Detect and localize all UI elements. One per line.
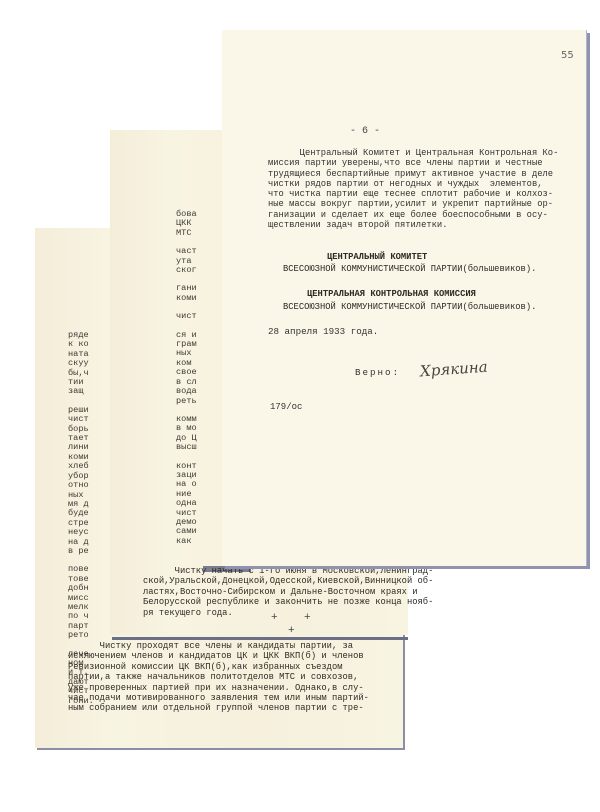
reference-number: 179/ос	[270, 402, 302, 412]
text-line: Ревизионной комиссии ЦК ВКП(б),как избра…	[68, 662, 369, 672]
paragraph-line: ные массы вокруг партии,усилит и укрепит…	[268, 199, 578, 209]
line-fragment: коми	[176, 294, 197, 303]
line-fragment: ског	[176, 266, 197, 275]
line-fragment: высш	[176, 443, 197, 452]
back-sheet-top-edge-shadow	[112, 637, 408, 640]
text-line: партии,а также начальников политотделов …	[68, 672, 369, 682]
line-fragment: в ре	[68, 547, 94, 556]
signatory-ccc-line1: ЦЕНТРАЛЬНАЯ КОНТРОЛЬНАЯ КОМИССИЯ	[307, 289, 476, 299]
text-line: Чистку начать с 1-го июня в Московской,Л…	[143, 566, 433, 576]
archive-page-number: 55	[561, 50, 574, 61]
text-line: чае подачи мотивированного заявления тем…	[68, 693, 369, 703]
closing-paragraph: Центральный Комитет и Центральная Контро…	[268, 148, 578, 230]
line-fragment: МТС	[176, 229, 197, 238]
plus-mark: +	[288, 625, 295, 637]
paragraph-line: ганизации и сделает их еще более боеспос…	[268, 210, 578, 220]
text-line: Чистку проходят все члены и кандидаты па…	[68, 641, 369, 651]
paragraph-line: чистки рядов партии от негодных и чуждых…	[268, 179, 578, 189]
text-line: ской,Уральской,Донецкой,Одесской,Киевско…	[143, 576, 433, 586]
page-number: - 6 -	[350, 126, 380, 137]
back-sheet-bottom-text: Чистку проходят все члены и кандидаты па…	[68, 641, 369, 714]
paragraph-line: что чистка партии еще теснее сплотит раб…	[268, 189, 578, 199]
middle-sheet-left-column: боваЦККМТСчастутаскогганикомичистся игра…	[176, 210, 197, 546]
plus-mark: +	[304, 612, 311, 624]
signatory-ccc-line2: ВСЕСОЮЗНОЙ КОММУНИСТИЧЕСКОЙ ПАРТИИ(больш…	[283, 302, 536, 312]
paragraph-line: Центральный Комитет и Центральная Контро…	[268, 148, 578, 158]
text-line: Белорусской республике и закончить не по…	[143, 597, 433, 607]
paragraph-line: трудящиеся беспартийные примут активное …	[268, 169, 578, 179]
text-line: ным собранием или отдельной группой член…	[68, 703, 369, 713]
line-fragment: чист	[176, 312, 197, 321]
line-fragment: рето	[68, 631, 94, 640]
plus-mark: +	[271, 612, 278, 624]
paragraph-line: миссия партии уверены,что все члены парт…	[268, 158, 578, 168]
middle-sheet-bottom-text: Чистку начать с 1-го июня в Московской,Л…	[143, 566, 433, 618]
signatory-cc-line1: ЦЕНТРАЛЬНЫЙ КОМИТЕТ	[327, 252, 427, 262]
text-line: ластях,Восточно-Сибирском и Дальне-Восто…	[143, 587, 433, 597]
signatory-cc-line2: ВСЕСОЮЗНОЙ КОММУНИСТИЧЕСКОЙ ПАРТИИ(больш…	[283, 264, 536, 274]
certified-label: Верно:	[355, 367, 400, 378]
text-line: уже проверенных партией при их назначени…	[68, 683, 369, 693]
line-fragment: реть	[176, 397, 197, 406]
line-fragment: защ	[68, 387, 94, 396]
text-line: исключением членов и кандидатов ЦК и ЦКК…	[68, 651, 369, 661]
line-fragment: как	[176, 537, 197, 546]
text-line: ря текущего года.	[143, 608, 433, 618]
paragraph-line: ществлении задач второй пятилетки.	[268, 220, 578, 230]
document-date: 28 апреля 1933 года.	[268, 326, 378, 337]
